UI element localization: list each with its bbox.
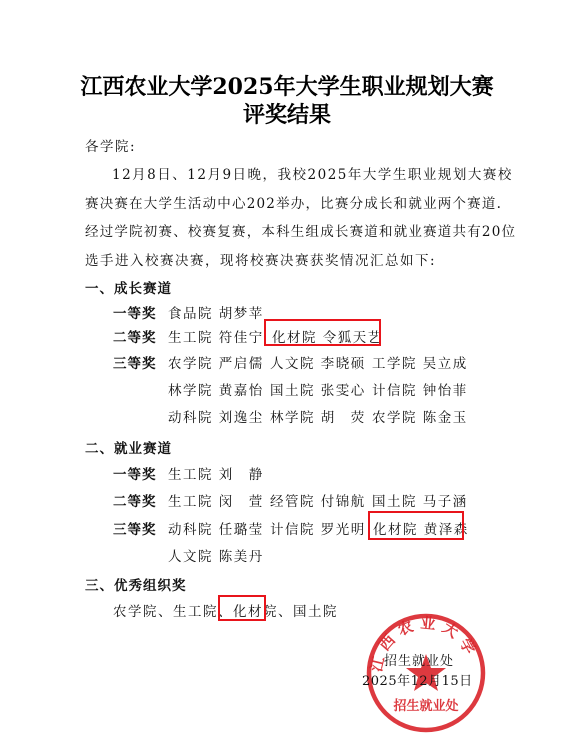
salutation: 各学院: — [85, 135, 136, 155]
intro-line-2: 赛决赛在大学生活动中心202举办，比赛分成长和就业两个赛道. — [85, 192, 502, 212]
award-entry: 经管院 付锦航 — [270, 490, 366, 510]
award-entry: 计信院 钟怡菲 — [372, 379, 468, 399]
award-entry: 人文院 李晓硕 — [270, 352, 366, 372]
award-entry: 国土院 马子涵 — [372, 490, 468, 510]
signature-office: 招生就业处 — [384, 650, 454, 669]
award-entry: 动科院 刘逸尘 — [168, 406, 264, 426]
organization-award-part: 农学院、生工院、 — [113, 604, 233, 620]
award-label-second: 二等奖 — [113, 490, 157, 510]
award-label-first: 一等奖 — [113, 463, 157, 483]
intro-line-4: 选手进入校赛决赛，现将校赛决赛获奖情况汇总如下: — [85, 249, 436, 269]
section-heading-growth-track: 一、成长赛道 — [85, 277, 172, 297]
award-entry: 食品院 胡梦苹 — [168, 302, 264, 322]
award-entry: 国土院 张雯心 — [270, 379, 366, 399]
highlight-box — [264, 319, 381, 346]
award-label-first: 一等奖 — [113, 302, 157, 322]
section-heading-employment-track: 二、就业赛道 — [85, 437, 172, 457]
section-heading-organization-award: 三、优秀组织奖 — [85, 574, 187, 594]
highlight-box — [218, 595, 266, 621]
award-label-second: 二等奖 — [113, 326, 157, 346]
document-subtitle: 评奖结果 — [0, 98, 574, 129]
award-label-third: 三等奖 — [113, 352, 157, 372]
signature-date: 2025年12月15日 — [362, 670, 473, 689]
document-title: 江西农业大学2025年大学生职业规划大赛 — [0, 70, 574, 101]
award-entry: 林学院 黄嘉怡 — [168, 379, 264, 399]
award-entry: 工学院 吴立成 — [372, 352, 468, 372]
award-entry: 农学院 陈金玉 — [372, 406, 468, 426]
award-entry: 计信院 罗光明 — [270, 518, 366, 538]
document-page: 江西农业大学2025年大学生职业规划大赛 评奖结果 各学院: 12月8日、12月… — [0, 0, 574, 753]
highlight-box — [368, 511, 464, 540]
award-label-third: 三等奖 — [113, 518, 157, 538]
intro-line-1: 12月8日、12月9日晚，我校2025年大学生职业规划大赛校 — [112, 163, 513, 183]
award-entry: 林学院 胡 荧 — [270, 406, 366, 426]
award-entry: 生工院 刘 静 — [168, 463, 264, 483]
award-entry: 农学院 严启儒 — [168, 352, 264, 372]
organization-award-part: 、国土院 — [278, 604, 338, 620]
award-entry: 生工院 符佳宁 — [168, 326, 264, 346]
intro-line-3: 经过学院初赛、校赛复赛，本科生组成长赛道和就业赛道共有20位 — [85, 220, 516, 240]
award-entry: 动科院 任璐莹 — [168, 518, 264, 538]
svg-text:招生就业处: 招生就业处 — [393, 698, 458, 714]
award-entry: 人文院 陈美丹 — [168, 545, 264, 565]
award-entry: 生工院 闵 萱 — [168, 490, 264, 510]
